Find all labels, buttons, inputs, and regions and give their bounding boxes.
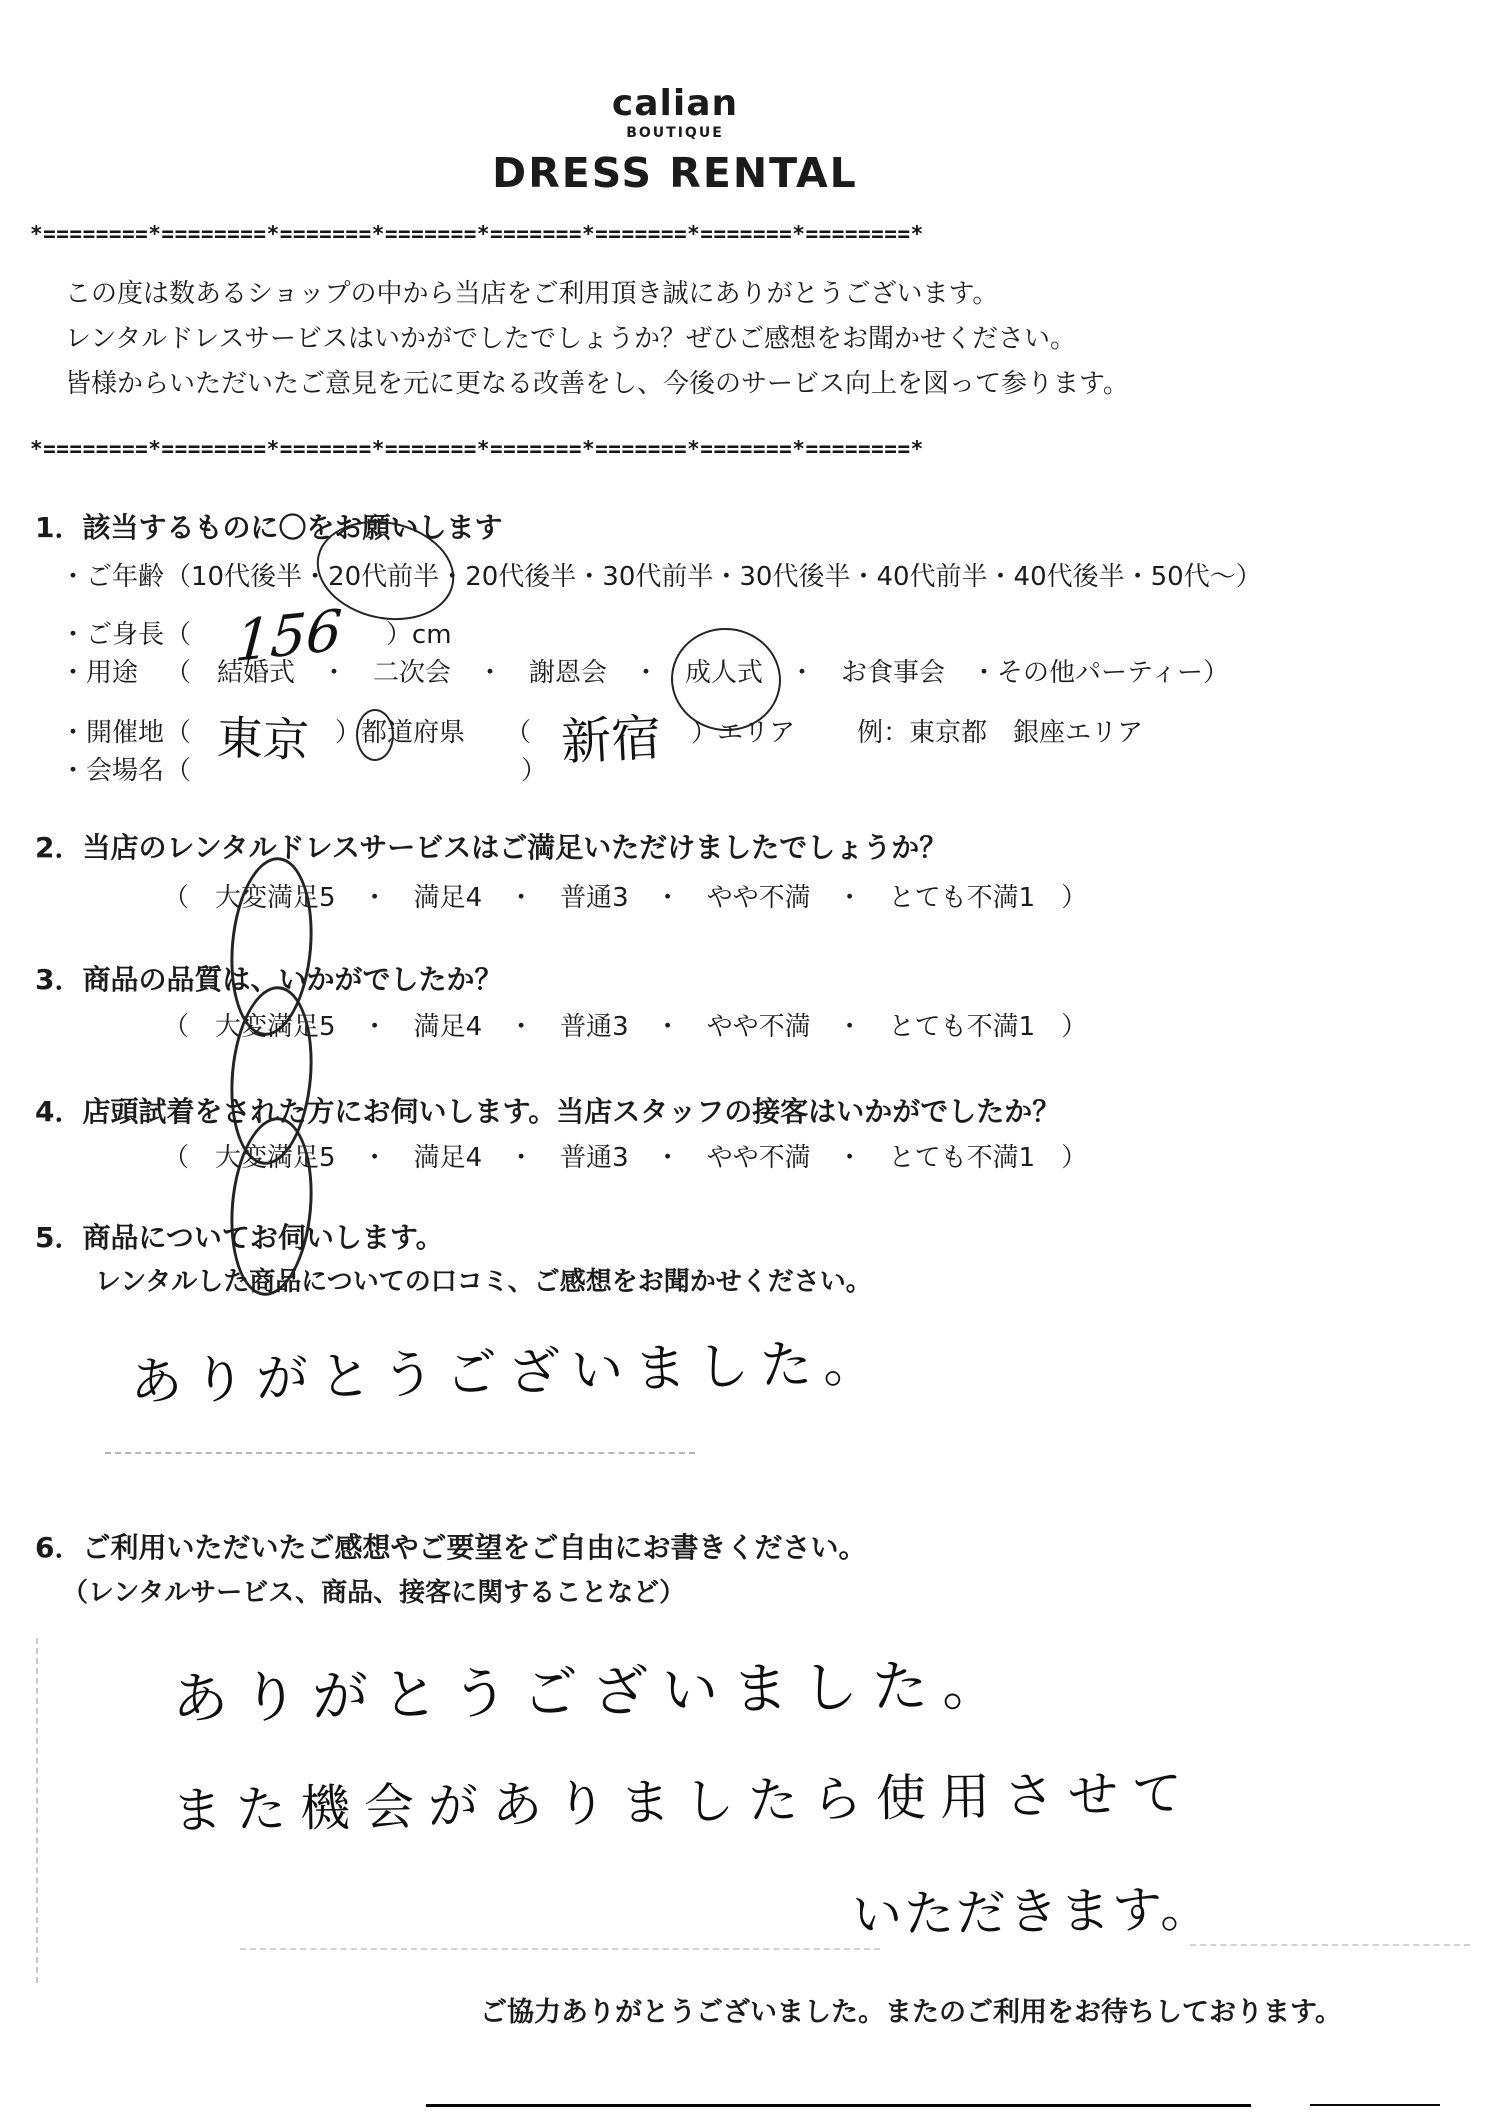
intro-line-2: レンタルドレスサービスはいかがでしたでしょうか？ぜひご感想をお聞かせください。 [65,317,1129,362]
height-close-paren: ）cm [386,620,452,650]
height-label: ・ご身長 [60,614,165,651]
question-4-scale: （ 大変満足5 ・ 満足4 ・ 普通3 ・ やや不満 ・ とても不満1 ） [163,1137,1087,1174]
purpose-options-post: ・ お食事会 ・その他パーティー） [763,658,1229,688]
venue-open-paren: （ [165,756,191,786]
age-label: ・ご年齢 [60,556,165,593]
circled-age-option: 20代前半 [328,556,439,593]
scan-artifact-line [1190,1944,1470,1946]
handwritten-area-value: 新宿 [559,697,663,774]
scan-artifact-line [105,1452,695,1454]
location-close-paren-2: ）エリア [691,718,795,748]
purpose-options-pre: （ 結婚式 ・ 二次会 ・ 謝恩会 ・ [165,658,685,688]
q4-scale-pre: （ [163,1143,215,1173]
circled-purpose-option: 成人式 [685,652,763,689]
purpose-row: ・用途（ 結婚式 ・ 二次会 ・ 謝恩会 ・ 成人式 ・ お食事会 ・その他パー… [60,652,1229,689]
circled-prefecture-char: 都 [361,712,387,749]
q2-scale-post: ・ 満足4 ・ 普通3 ・ やや不満 ・ とても不満1 ） [336,883,1088,913]
question-4-title: 4．店頭試着をされた方にお伺いします。当店スタッフの接客はいかがでしたか？ [35,1090,1060,1130]
q3-circled-answer: 大変満足5 [215,1006,336,1043]
venue-close-paren: ） [521,756,547,786]
scan-artifact-line [240,1948,880,1950]
q2-scale-pre: （ [163,883,215,913]
question-2-scale: （ 大変満足5 ・ 満足4 ・ 普通3 ・ やや不満 ・ とても不満1 ） [163,877,1087,914]
question-6-title: 6．ご利用いただいたご感想やご要望をご自由にお書きください。 [35,1526,867,1566]
q3-scale-post: ・ 満足4 ・ 普通3 ・ やや不満 ・ とても不満1 ） [336,1012,1088,1042]
question-1-title: 1．該当するものに〇をお願いします [35,506,502,546]
scan-bottom-line-short [1310,2104,1440,2106]
age-row: ・ご年齢（10代後半・20代前半・20代後半・30代前半・30代後半・40代前半… [60,556,1262,593]
height-open-paren: （ [165,620,191,650]
question-3-scale: （ 大変満足5 ・ 満足4 ・ 普通3 ・ やや不満 ・ とても不満1 ） [163,1006,1087,1043]
location-open-paren-1: （ [165,718,191,748]
scan-edge-noise [36,1638,38,1983]
purpose-label: ・用途 [60,652,165,689]
separator-line-bottom: *========*========*=======*=======*=====… [30,437,924,461]
question-5-subtitle: レンタルした商品についての口コミ、ご感想をお聞かせください。 [95,1261,872,1298]
q2-circled-answer: 大変満足5 [215,877,336,914]
location-label: ・開催地 [60,712,165,749]
venue-name-label: ・会場名 [60,750,165,787]
separator-line-top: *========*========*=======*=======*=====… [30,222,924,246]
location-example-text: 例：東京都 銀座エリア [857,718,1143,748]
handwritten-q6-answer-line-1: ありがとうございました。 [171,1641,1012,1736]
location-open-paren-2: （ [505,718,531,748]
intro-line-1: この度は数あるショップの中から当店をご利用頂き誠にありがとうございます。 [65,272,1129,317]
handwritten-q6-answer-line-3: いただきます。 [851,1869,1212,1947]
age-options-pre: （10代後半・ [165,562,328,592]
q3-scale-pre: （ [163,1012,215,1042]
location-close-paren-1: ） [335,718,361,748]
intro-paragraph: この度は数あるショップの中から当店をご利用頂き誠にありがとうございます。 レンタ… [65,272,1129,407]
question-6-subtitle: （レンタルサービス、商品、接客に関することなど） [62,1572,685,1609]
scanned-questionnaire-page: { "colors": { "ink": "#1b1b1b", "paper":… [0,0,1500,2127]
question-3-title: 3．商品の品質は、いかがでしたか？ [35,958,502,998]
document-title: DRESS RENTAL [0,149,1350,197]
brand-logo: calian [0,86,1350,122]
brand-sub-label: BOUTIQUE [0,125,1350,141]
q4-circled-answer: 大変満足5 [215,1137,336,1174]
age-options-post: ・20代後半・30代前半・30代後半・40代前半・40代後半・50代～） [439,562,1262,592]
scan-bottom-line [426,2104,1251,2107]
handwritten-q5-answer: ありがとうございました。 [129,1320,887,1415]
question-2-title: 2．当店のレンタルドレスサービスはご満足いただけましたでしょうか？ [35,826,947,866]
venue-name-row: ・会場名（） [60,750,547,787]
question-5-title: 5．商品についてお伺いします。 [35,1216,444,1256]
handwritten-q6-answer-line-2: また機会がありましたら使用させて [171,1753,1196,1843]
q4-scale-post: ・ 満足4 ・ 普通3 ・ やや不満 ・ とても不満1 ） [336,1143,1088,1173]
header: calian BOUTIQUE DRESS RENTAL [0,86,1350,197]
prefecture-suffix: 道府県 [387,718,465,748]
footer-thanks-text: ご協力ありがとうございました。またのご利用をお待ちしております。 [480,1990,1342,2029]
intro-line-3: 皆様からいただいたご意見を元に更なる改善をし、今後のサービス向上を図って参ります… [65,362,1129,407]
